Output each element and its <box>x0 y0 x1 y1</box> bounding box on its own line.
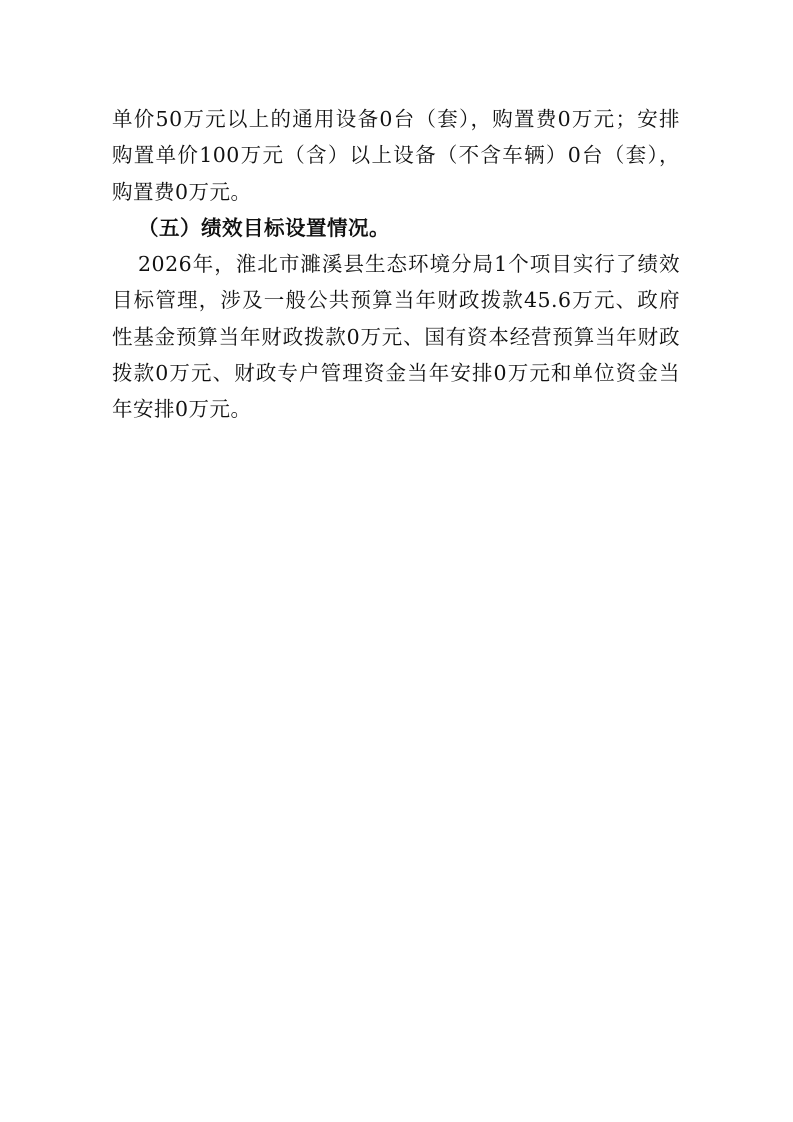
heading-line: （五）绩效目标设置情况。 <box>112 210 680 246</box>
text-line: 单价50万元以上的通用设备0台（套），购置费0万元；安排 <box>112 101 680 137</box>
para-equipment-purchase: 单价50万元以上的通用设备0台（套），购置费0万元；安排购置单价100万元（含）… <box>112 101 680 210</box>
page-content: 单价50万元以上的通用设备0台（套），购置费0万元；安排购置单价100万元（含）… <box>112 101 680 428</box>
heading-section-five: （五）绩效目标设置情况。 <box>112 210 680 246</box>
text-line: 拨款0万元、财政专户管理资金当年安排0万元和单位资金当 <box>112 355 680 391</box>
para-performance-targets: 2026年，淮北市濉溪县生态环境分局1个项目实行了绩效目标管理，涉及一般公共预算… <box>112 246 680 427</box>
text-line: 购置费0万元。 <box>112 174 680 210</box>
text-line: 购置单价100万元（含）以上设备（不含车辆）0台（套）， <box>112 137 680 173</box>
text-line: 2026年，淮北市濉溪县生态环境分局1个项目实行了绩效 <box>112 246 680 282</box>
text-line: 性基金预算当年财政拨款0万元、国有资本经营预算当年财政 <box>112 319 680 355</box>
text-line: 年安排0万元。 <box>112 391 680 427</box>
document-page: 单价50万元以上的通用设备0台（套），购置费0万元；安排购置单价100万元（含）… <box>0 0 793 1122</box>
text-line: 目标管理，涉及一般公共预算当年财政拨款45.6万元、政府 <box>112 282 680 318</box>
